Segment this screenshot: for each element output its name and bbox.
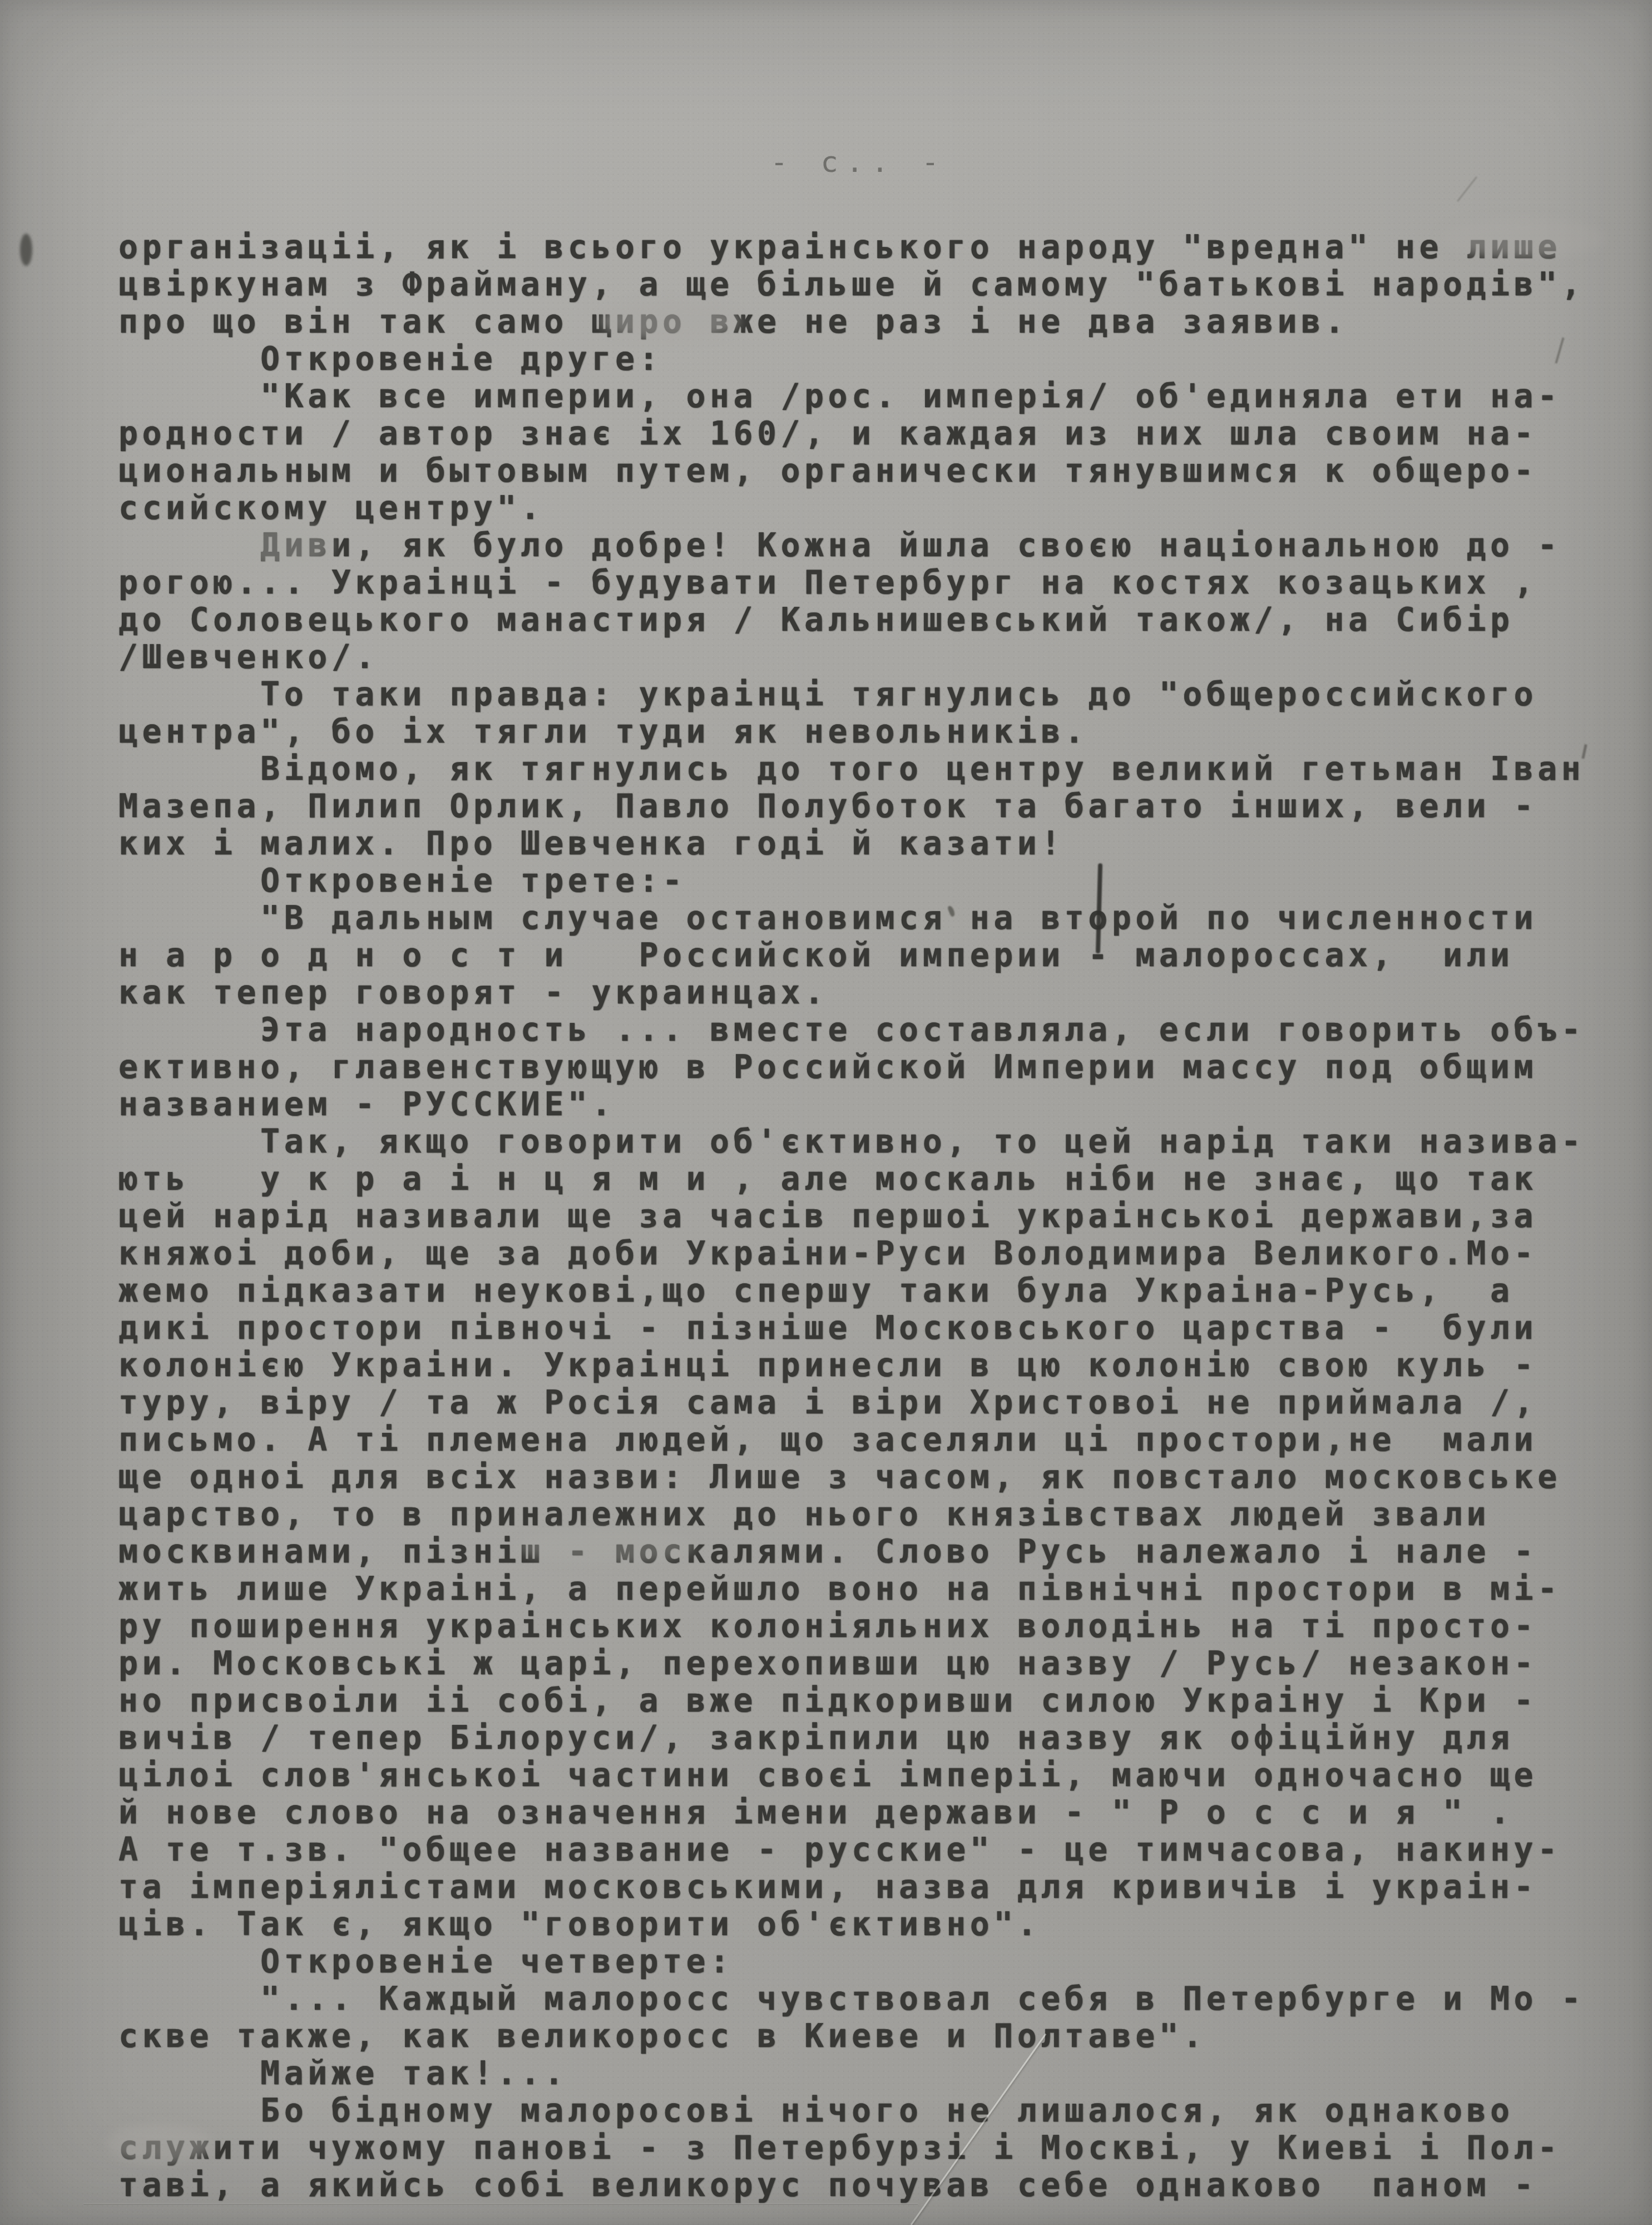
text-line: Откровеніе трете:- (118, 862, 1585, 899)
text-line: Мазепа, Пилип Орлик, Павло Полуботок та … (118, 788, 1585, 825)
scratch-mark (1457, 176, 1477, 202)
text-line: дикі простори півночі - пізніше Московсь… (118, 1309, 1585, 1347)
text-line: Диви, як було добре! Кожна йшла своєю на… (118, 527, 1585, 564)
text-line: москвинами, пізніш - москалями. Слово Ру… (118, 1533, 1585, 1570)
document-page: { "document": { "page_number": "- с.. -"… (0, 0, 1652, 2225)
text-line: княжоі доби, ще за доби Украіни-Руси Вол… (118, 1235, 1585, 1272)
text-line: скве также, как великоросс в Киеве и Пол… (118, 2018, 1585, 2055)
text-line: до Соловецького манастиря / Кальнишевськ… (118, 601, 1585, 639)
ink-speck (20, 234, 32, 266)
text-line: циональным и бытовым путем, органически … (118, 452, 1585, 489)
text-line: жить лише Украіні, а перейшло воно на пі… (118, 1570, 1585, 1608)
text-line: цілоі слов'янськоі частини своєі імперіі… (118, 1757, 1585, 1794)
text-line: письмо. А ті племена людей, що заселяли … (118, 1421, 1585, 1458)
text-line: царство, то в приналежних до нього князі… (118, 1496, 1585, 1533)
text-line: цвіркунам з Фрайману, а ще більше й само… (118, 266, 1585, 303)
text-line: как тепер говорят - украинцах. (118, 974, 1585, 1011)
text-line: таві, а якийсь собі великорус почував се… (118, 2167, 1585, 2204)
text-line: Откровеніе друге: (118, 340, 1585, 378)
text-line: ру поширення украінських колоніяльних во… (118, 1608, 1585, 1645)
text-line: туру, віру / та ж Росія сама і віри Хрис… (118, 1384, 1585, 1421)
text-line: но присвоіли іі собі, а вже підкоривши с… (118, 1682, 1585, 1719)
text-line: про що він так само щиро вже не раз і не… (118, 303, 1585, 340)
text-line: служити чужому панові - з Петербурзі і М… (118, 2129, 1585, 2167)
text-line: ективно, главенствующую в Российской Имп… (118, 1049, 1585, 1086)
text-line: колонією Украіни. Украінці принесли в цю… (118, 1347, 1585, 1384)
text-line: та імперіялістами московськими, назва дл… (118, 1868, 1585, 1906)
page-number: - с.. - (770, 146, 947, 179)
text-line: центра", бо іх тягли туди як невольників… (118, 713, 1585, 750)
text-line: Откровеніе четверте: (118, 1943, 1585, 1980)
text-line: ри. Московські ж царі, перехопивши цю на… (118, 1645, 1585, 1682)
text-line: н а р о д н о с т и Российской империи -… (118, 937, 1585, 974)
text-line: "... Каждый малоросс чувствовал себя в П… (118, 1980, 1585, 2018)
text-line: Бо бідному малоросові нічого не лишалося… (118, 2092, 1585, 2129)
text-line: й нове слово на означення імени держави … (118, 1794, 1585, 1831)
text-line: ких і малих. Про Шевченка годі й казати! (118, 825, 1585, 862)
text-block: організаціі, як і всього украінського на… (118, 229, 1585, 2204)
text-line: жемо підказати неукові,що спершу таки бу… (118, 1272, 1585, 1309)
text-line: /Шевченко/. (118, 639, 1585, 676)
text-line: А те т.зв. "общее название - русские" - … (118, 1831, 1585, 1868)
paper-crease (83, 2204, 918, 2205)
text-line: "Как все империи, она /рос. имперія/ об'… (118, 378, 1585, 415)
text-line: "В дальным случае остановимся на второй … (118, 899, 1585, 937)
text-line: ссийскому центру". (118, 489, 1585, 527)
text-line: ще одноі для всіх назви: Лише з часом, я… (118, 1458, 1585, 1496)
text-line: організаціі, як і всього украінського на… (118, 229, 1585, 266)
text-line: вичів / тепер Білоруси/, закріпили цю на… (118, 1719, 1585, 1757)
text-line: родности / автор знає іх 160/, и каждая … (118, 415, 1585, 452)
text-line: цей нарід називали ще за часів першоі ук… (118, 1198, 1585, 1235)
text-line: ють у к р а і н ц я м и , але москаль ні… (118, 1160, 1585, 1198)
text-line: Эта народность ... вместе составляла, ес… (118, 1011, 1585, 1049)
text-line: названием - РУССКИЕ". (118, 1086, 1585, 1123)
text-line: Так, якщо говорити об'єктивно, то цей на… (118, 1123, 1585, 1160)
text-line: ців. Так є, якщо "говорити об'єктивно". (118, 1906, 1585, 1943)
text-line: Відомо, як тягнулись до того центру вели… (118, 750, 1585, 788)
text-line: Майже так!... (118, 2055, 1585, 2092)
text-line: рогою... Украінці - будувати Петербург н… (118, 564, 1585, 601)
text-line: То таки правда: украінці тягнулись до "о… (118, 676, 1585, 713)
